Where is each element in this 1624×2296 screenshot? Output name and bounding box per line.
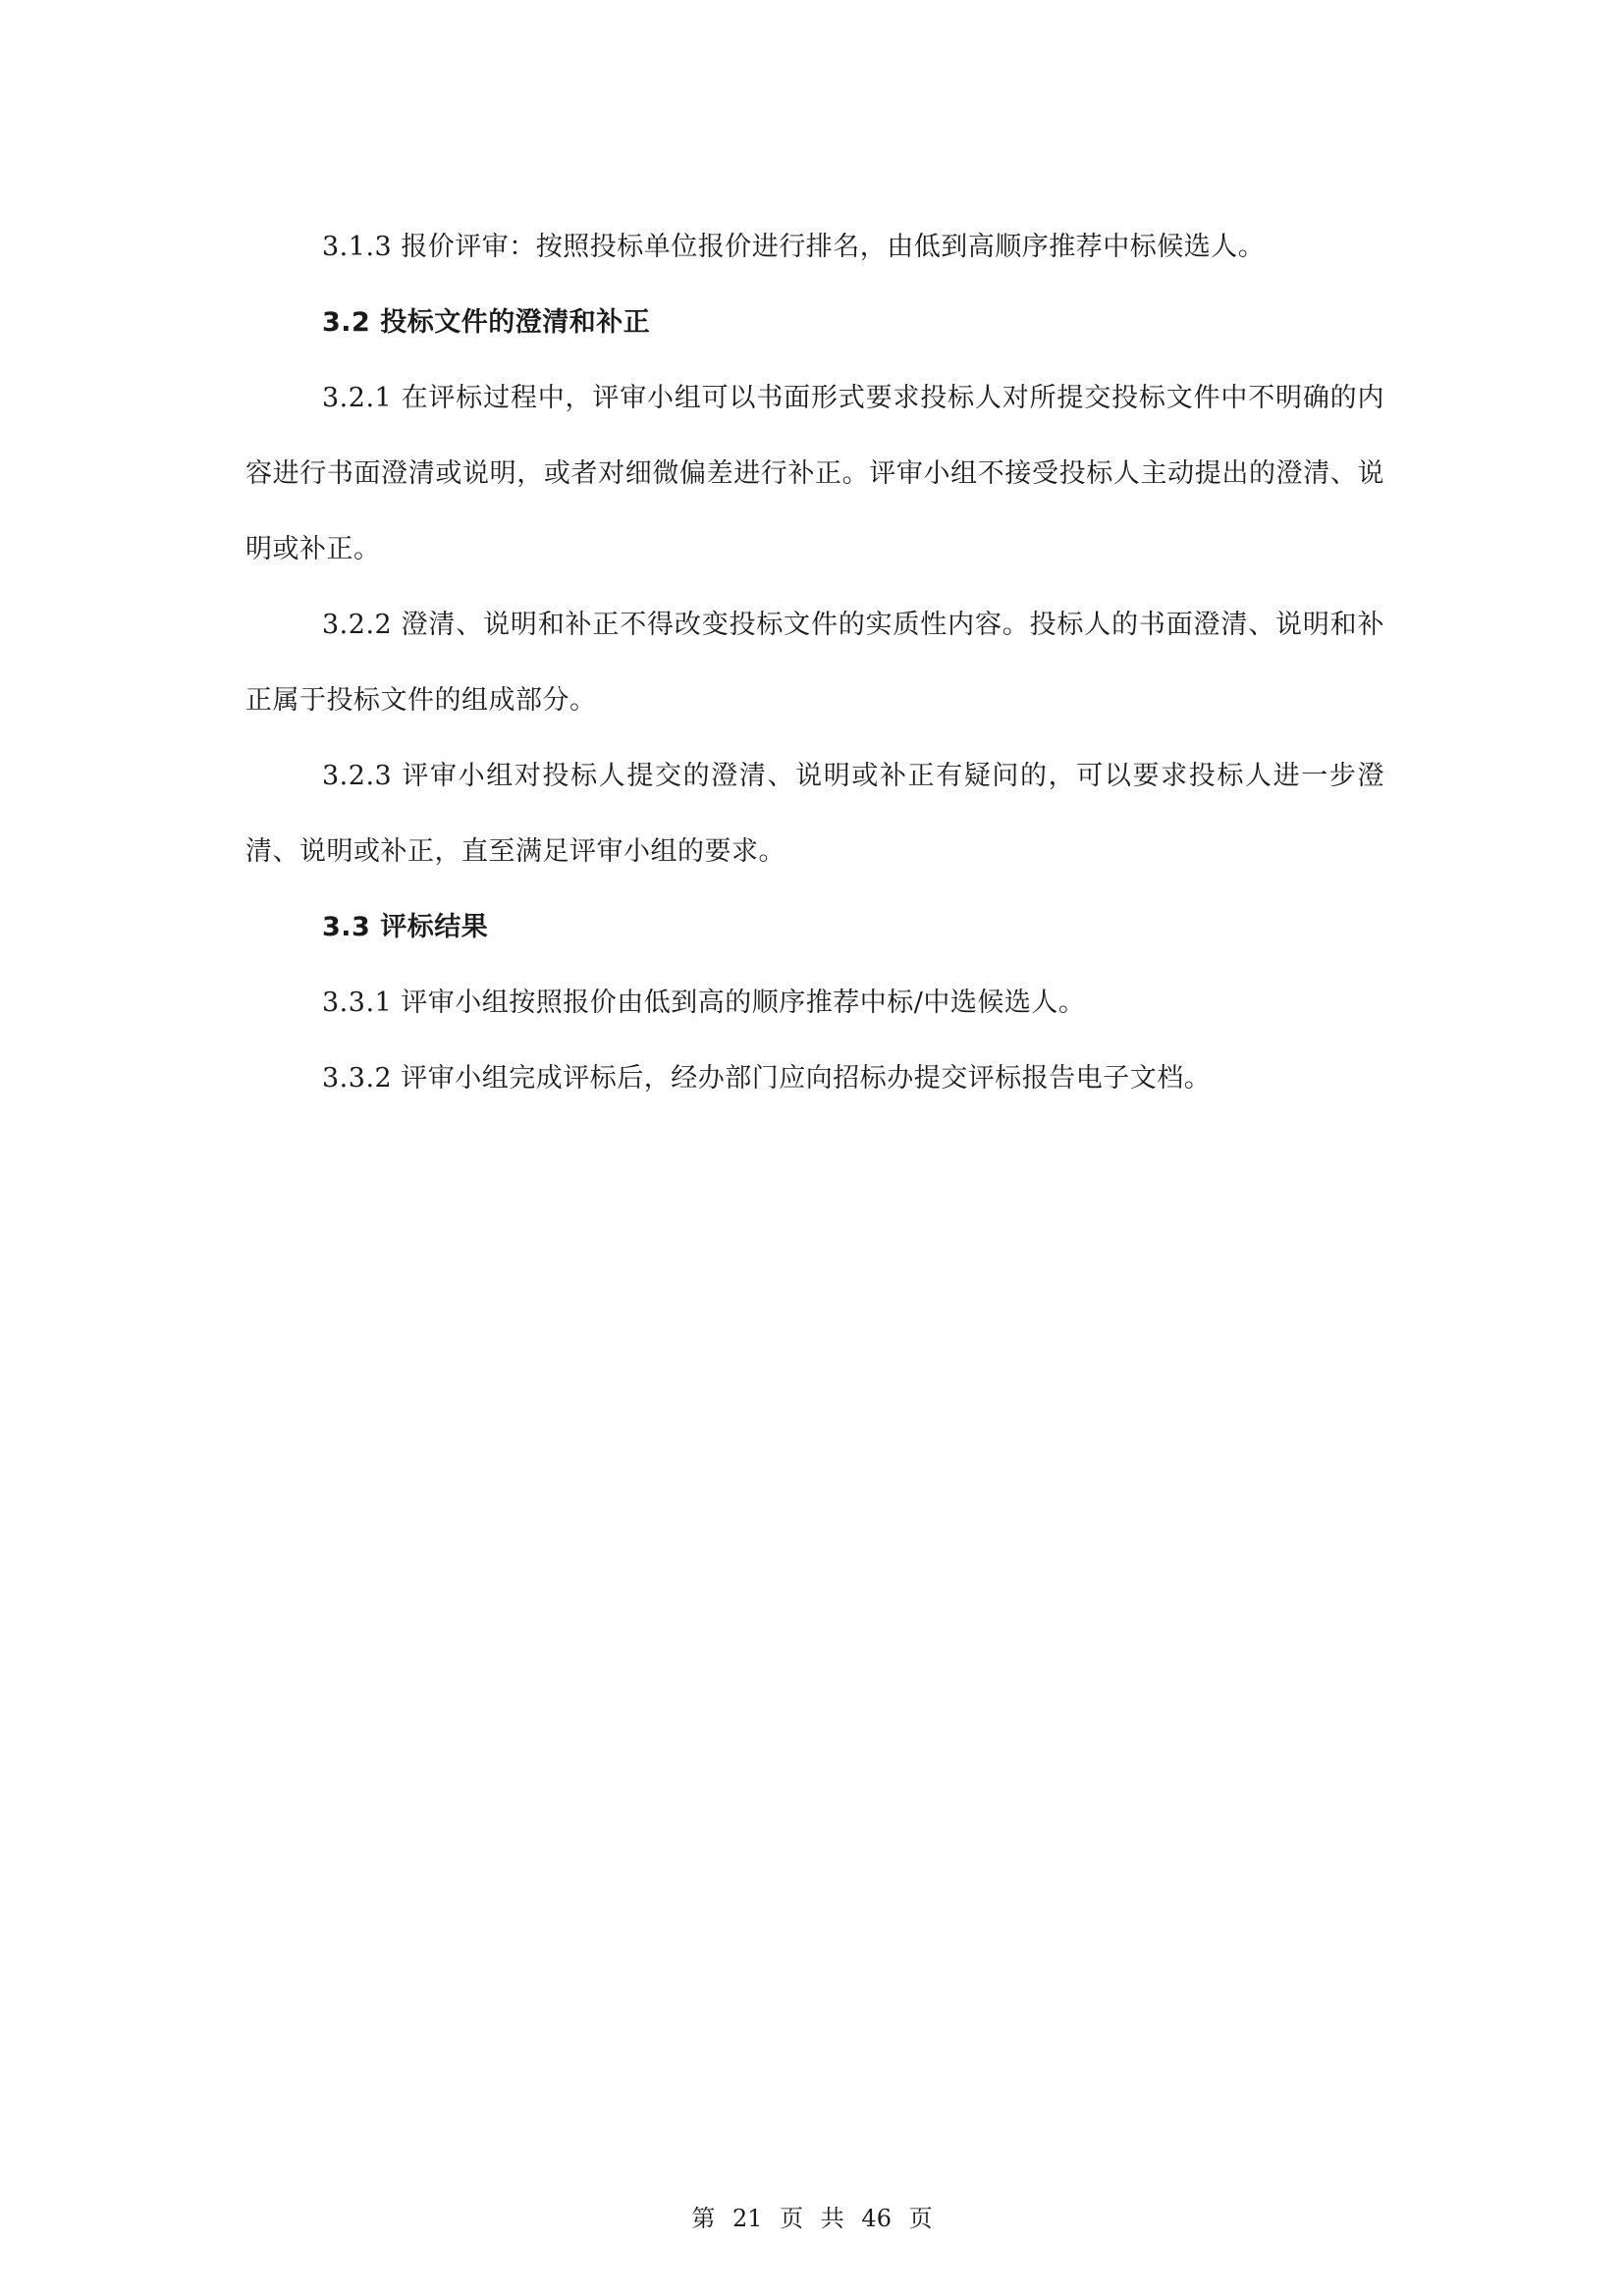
- section-heading-3-2: 3.2 投标文件的澄清和补正: [245, 285, 1384, 360]
- paragraph-3-2-2: 3.2.2 澄清、说明和补正不得改变投标文件的实质性内容。投标人的书面澄清、说明…: [245, 587, 1384, 738]
- page-content: 3.1.3 报价评审：按照投标单位报价进行排名，由低到高顺序推荐中标候选人。 3…: [245, 209, 1384, 1116]
- document-page: 3.1.3 报价评审：按照投标单位报价进行排名，由低到高顺序推荐中标候选人。 3…: [0, 0, 1624, 2296]
- paragraph-3-2-3: 3.2.3 评审小组对投标人提交的澄清、说明或补正有疑问的，可以要求投标人进一步…: [245, 738, 1384, 889]
- paragraph-3-3-2: 3.3.2 评审小组完成评标后，经办部门应向招标办提交评标报告电子文档。: [245, 1041, 1384, 1116]
- paragraph-3-3-1: 3.3.1 评审小组按照报价由低到高的顺序推荐中标/中选候选人。: [245, 965, 1384, 1041]
- paragraph-3-2-1: 3.2.1 在评标过程中，评审小组可以书面形式要求投标人对所提交投标文件中不明确…: [245, 360, 1384, 587]
- section-heading-3-3: 3.3 评标结果: [245, 889, 1384, 965]
- paragraph-3-1-3: 3.1.3 报价评审：按照投标单位报价进行排名，由低到高顺序推荐中标候选人。: [245, 209, 1384, 285]
- page-number-footer: 第 21 页 共 46 页: [0, 2204, 1624, 2233]
